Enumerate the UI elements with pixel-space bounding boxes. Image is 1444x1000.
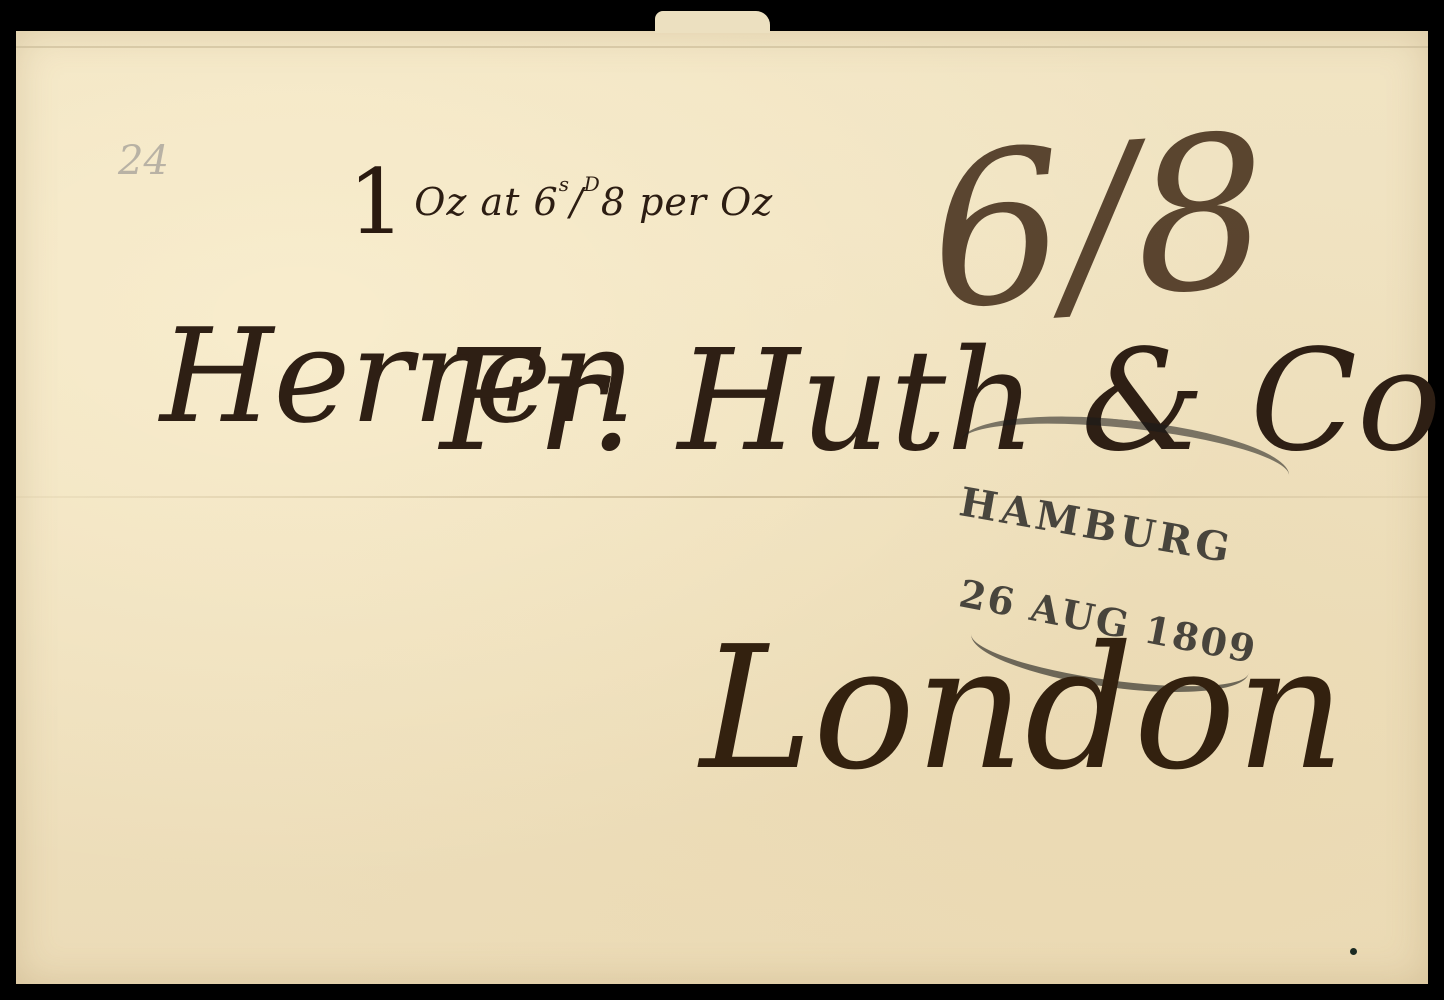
rate-prefix: 1 bbox=[348, 150, 406, 255]
rate-notation: 1Oz at 6s/D8 per Oz bbox=[348, 150, 773, 255]
cover-top-fold bbox=[16, 46, 1428, 48]
rate-shillings-mark: s bbox=[559, 172, 570, 196]
postage-charge: 6/8 bbox=[922, 89, 1276, 357]
rate-text-before: Oz at 6 bbox=[414, 180, 558, 224]
cover-flap-tab bbox=[655, 11, 770, 33]
destination-city: London bbox=[700, 610, 1345, 808]
rate-pence-mark: D bbox=[584, 172, 601, 196]
pencil-notation: 24 bbox=[118, 138, 169, 184]
rate-text-after: 8 per Oz bbox=[601, 180, 774, 224]
ink-spot bbox=[1350, 948, 1357, 955]
